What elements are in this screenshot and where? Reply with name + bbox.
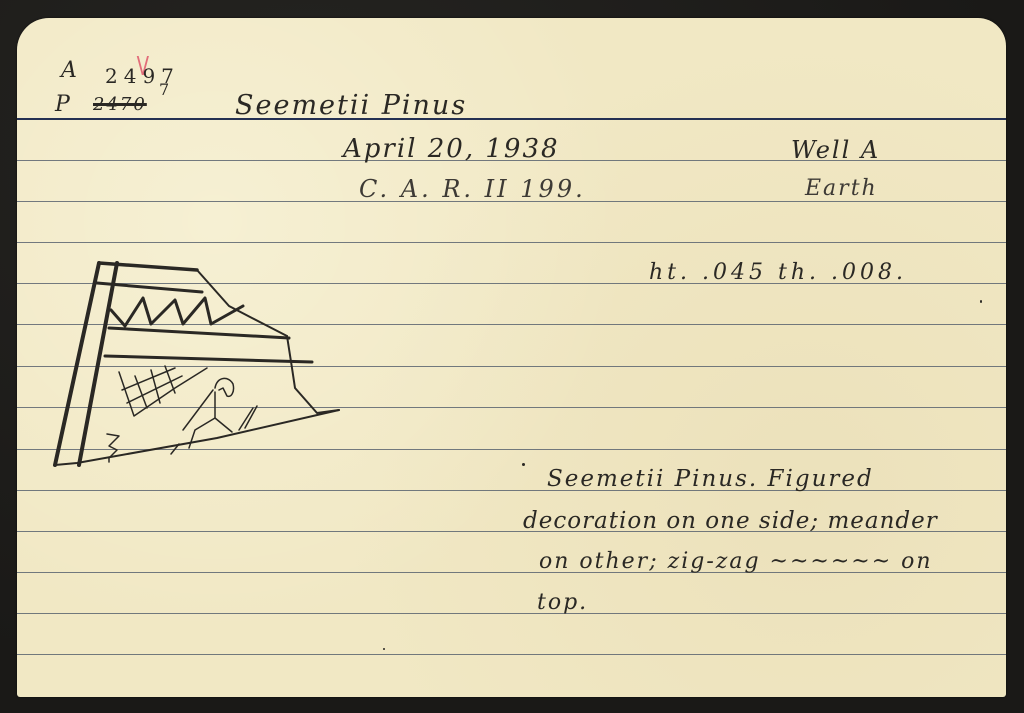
excavation-date: April 20, 1938 <box>343 134 560 164</box>
notes-line-3: on other; zig-zag ~~~~~~ on <box>539 549 933 574</box>
notes-line-2: decoration on one side; meander <box>523 508 938 534</box>
ink-dot <box>522 463 525 466</box>
measurements: ht. .045 th. .008. <box>649 260 907 285</box>
paper-speck <box>383 648 385 650</box>
notes-line-1: Seemetii Pinus. Figured <box>547 466 874 492</box>
index-card: V A 2497 P 2470 7 Seemetii Pinus April 2… <box>17 18 1006 697</box>
header-rule <box>17 118 1006 120</box>
photo-number-correction: 7 <box>159 80 170 99</box>
ruled-line <box>17 613 1006 614</box>
sherd-sketch-drawing <box>47 258 347 478</box>
find-location: Well A <box>791 136 880 164</box>
accession-label: A <box>61 58 78 83</box>
photo-number-struck: 2470 <box>93 94 147 115</box>
find-context: Earth <box>805 176 878 201</box>
ruled-line <box>17 654 1006 655</box>
publication-reference: C. A. R. II 199. <box>359 175 586 203</box>
photo-label: P <box>55 92 71 117</box>
notes-line-4: top. <box>537 590 588 615</box>
paper-speck <box>980 300 982 303</box>
ruled-line <box>17 242 1006 243</box>
card-title: Seemetii Pinus <box>235 90 467 121</box>
